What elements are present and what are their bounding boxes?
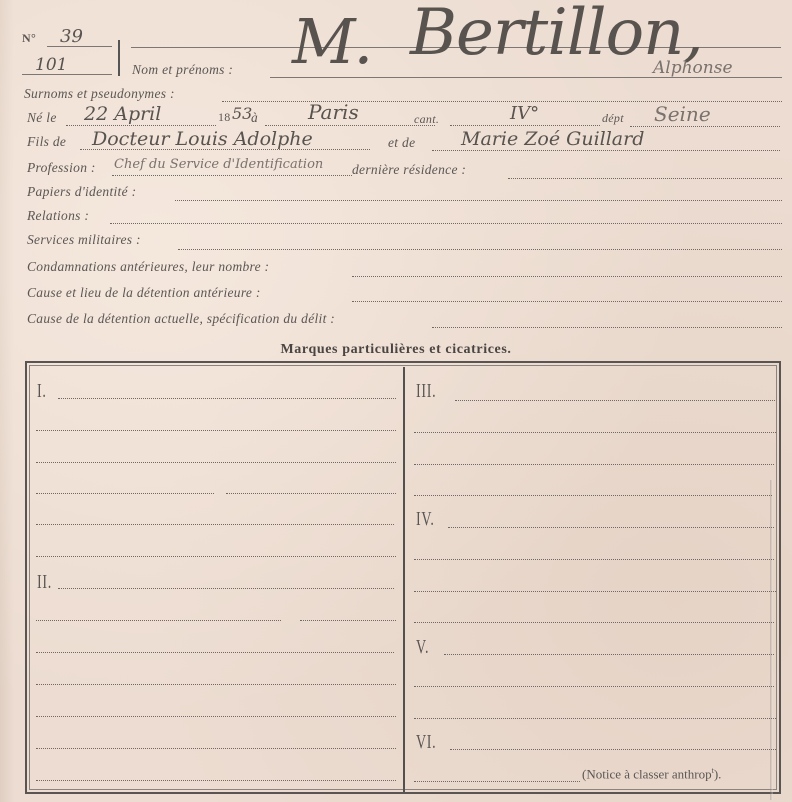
residence-line[interactable] bbox=[508, 178, 782, 179]
profession-line bbox=[112, 175, 352, 176]
papiers-line[interactable] bbox=[175, 200, 782, 201]
mark-vi-line-2[interactable] bbox=[414, 781, 580, 782]
field-label-residence: dernière résidence : bbox=[352, 162, 466, 178]
mark-iv-line-2[interactable] bbox=[414, 559, 774, 560]
birth-year-prefix: 18 bbox=[218, 110, 231, 125]
mark-iii-line-2[interactable] bbox=[414, 432, 776, 433]
mark-vi-line-1[interactable] bbox=[450, 749, 776, 750]
field-label-cant: cant. bbox=[414, 112, 439, 127]
cause-actuelle-line[interactable] bbox=[432, 327, 782, 328]
name-firstname-value[interactable]: Alphonse bbox=[653, 58, 733, 78]
mark-ii-line-7[interactable] bbox=[36, 780, 396, 781]
condamnations-line[interactable] bbox=[352, 276, 782, 277]
mark-v-line-1[interactable] bbox=[444, 654, 774, 655]
mark-iv-line-4[interactable] bbox=[414, 622, 774, 623]
field-label-services: Services militaires : bbox=[27, 232, 141, 248]
footer-notice-text: (Notice à classer anthrop bbox=[582, 766, 712, 781]
number-top-value[interactable]: 39 bbox=[60, 26, 83, 47]
birth-date-value[interactable]: 22 April bbox=[84, 103, 161, 125]
mark-ii-line-6[interactable] bbox=[36, 748, 396, 749]
field-label-dep: dépt bbox=[602, 111, 624, 126]
mark-i-line-5[interactable] bbox=[36, 524, 394, 525]
field-label-cause-anterieure: Cause et lieu de la détention antérieure… bbox=[27, 285, 261, 301]
marks-column-divider bbox=[403, 367, 405, 792]
mark-ii-line-2b[interactable] bbox=[300, 620, 396, 621]
field-label-fils-de: Fils de bbox=[27, 134, 66, 150]
mark-ii-line-4[interactable] bbox=[36, 684, 396, 685]
paper-crease bbox=[770, 480, 773, 800]
dep-value[interactable]: Seine bbox=[654, 102, 711, 126]
mark-i-line-1[interactable] bbox=[58, 398, 396, 399]
profession-value[interactable]: Chef du Service d'Identification bbox=[114, 157, 323, 172]
birth-a-label: à bbox=[251, 110, 258, 126]
mark-i-line-4a[interactable] bbox=[36, 493, 214, 494]
services-line[interactable] bbox=[178, 249, 782, 250]
field-label-profession: Profession : bbox=[27, 160, 96, 176]
mark-iv-line-3[interactable] bbox=[414, 591, 776, 592]
field-label-et-de: et de bbox=[388, 135, 415, 151]
birth-place-value[interactable]: Paris bbox=[308, 100, 359, 124]
mark-v-line-3[interactable] bbox=[414, 718, 776, 719]
mark-i-line-3[interactable] bbox=[36, 462, 396, 463]
footer-notice-end: ). bbox=[714, 766, 722, 781]
mark-numeral-iv: IV. bbox=[416, 508, 435, 531]
birth-date-line bbox=[66, 125, 216, 126]
mark-ii-line-1[interactable] bbox=[58, 588, 394, 589]
field-label-cause-actuelle: Cause de la détention actuelle, spécific… bbox=[27, 311, 335, 327]
mark-ii-line-2a[interactable] bbox=[36, 620, 281, 621]
birth-year-value[interactable]: 53 bbox=[232, 104, 252, 123]
mark-numeral-i: I. bbox=[37, 380, 47, 403]
mark-ii-line-3[interactable] bbox=[36, 652, 394, 653]
mark-numeral-v: V. bbox=[416, 636, 429, 659]
dep-line bbox=[630, 126, 780, 127]
field-label-condamnations: Condamnations antérieures, leur nombre : bbox=[27, 259, 269, 275]
footer-notice: (Notice à classer anthropt). bbox=[582, 766, 721, 782]
marks-section-title: Marques particulières et cicatrices. bbox=[0, 342, 792, 358]
mother-line bbox=[432, 150, 780, 151]
mark-numeral-vi: VI. bbox=[416, 731, 436, 754]
cause-anterieure-line[interactable] bbox=[352, 301, 782, 302]
mark-ii-line-5[interactable] bbox=[36, 716, 396, 717]
number-separator bbox=[118, 40, 120, 76]
birth-place-line bbox=[265, 125, 435, 126]
mark-iii-line-4[interactable] bbox=[414, 495, 772, 496]
field-label-surnoms: Surnoms et pseudonymes : bbox=[24, 86, 175, 102]
cant-value[interactable]: IV° bbox=[510, 103, 539, 124]
relations-line[interactable] bbox=[110, 223, 782, 224]
mark-numeral-iii: III. bbox=[416, 380, 436, 403]
name-title-value[interactable]: M. bbox=[292, 5, 371, 78]
mark-iv-line-1[interactable] bbox=[448, 527, 774, 528]
number-label: N° bbox=[22, 31, 36, 46]
mark-i-line-2[interactable] bbox=[36, 430, 396, 431]
mother-value[interactable]: Marie Zoé Guillard bbox=[461, 128, 644, 150]
mark-i-line-4b[interactable] bbox=[226, 493, 396, 494]
field-label-relations: Relations : bbox=[27, 208, 89, 224]
cant-line bbox=[450, 125, 600, 126]
mark-v-line-2[interactable] bbox=[414, 686, 774, 687]
mark-iii-line-1[interactable] bbox=[455, 400, 775, 401]
field-label-ne-le: Né le bbox=[27, 110, 57, 126]
number-bottom-value[interactable]: 101 bbox=[35, 55, 67, 75]
field-label-papiers: Papiers d'identité : bbox=[27, 184, 136, 200]
mark-i-line-6[interactable] bbox=[36, 556, 396, 557]
father-value[interactable]: Docteur Louis Adolphe bbox=[92, 128, 313, 150]
mark-iii-line-3[interactable] bbox=[414, 464, 774, 465]
field-label-nom: Nom et prénoms : bbox=[132, 62, 233, 78]
mark-numeral-ii: II. bbox=[37, 571, 52, 594]
